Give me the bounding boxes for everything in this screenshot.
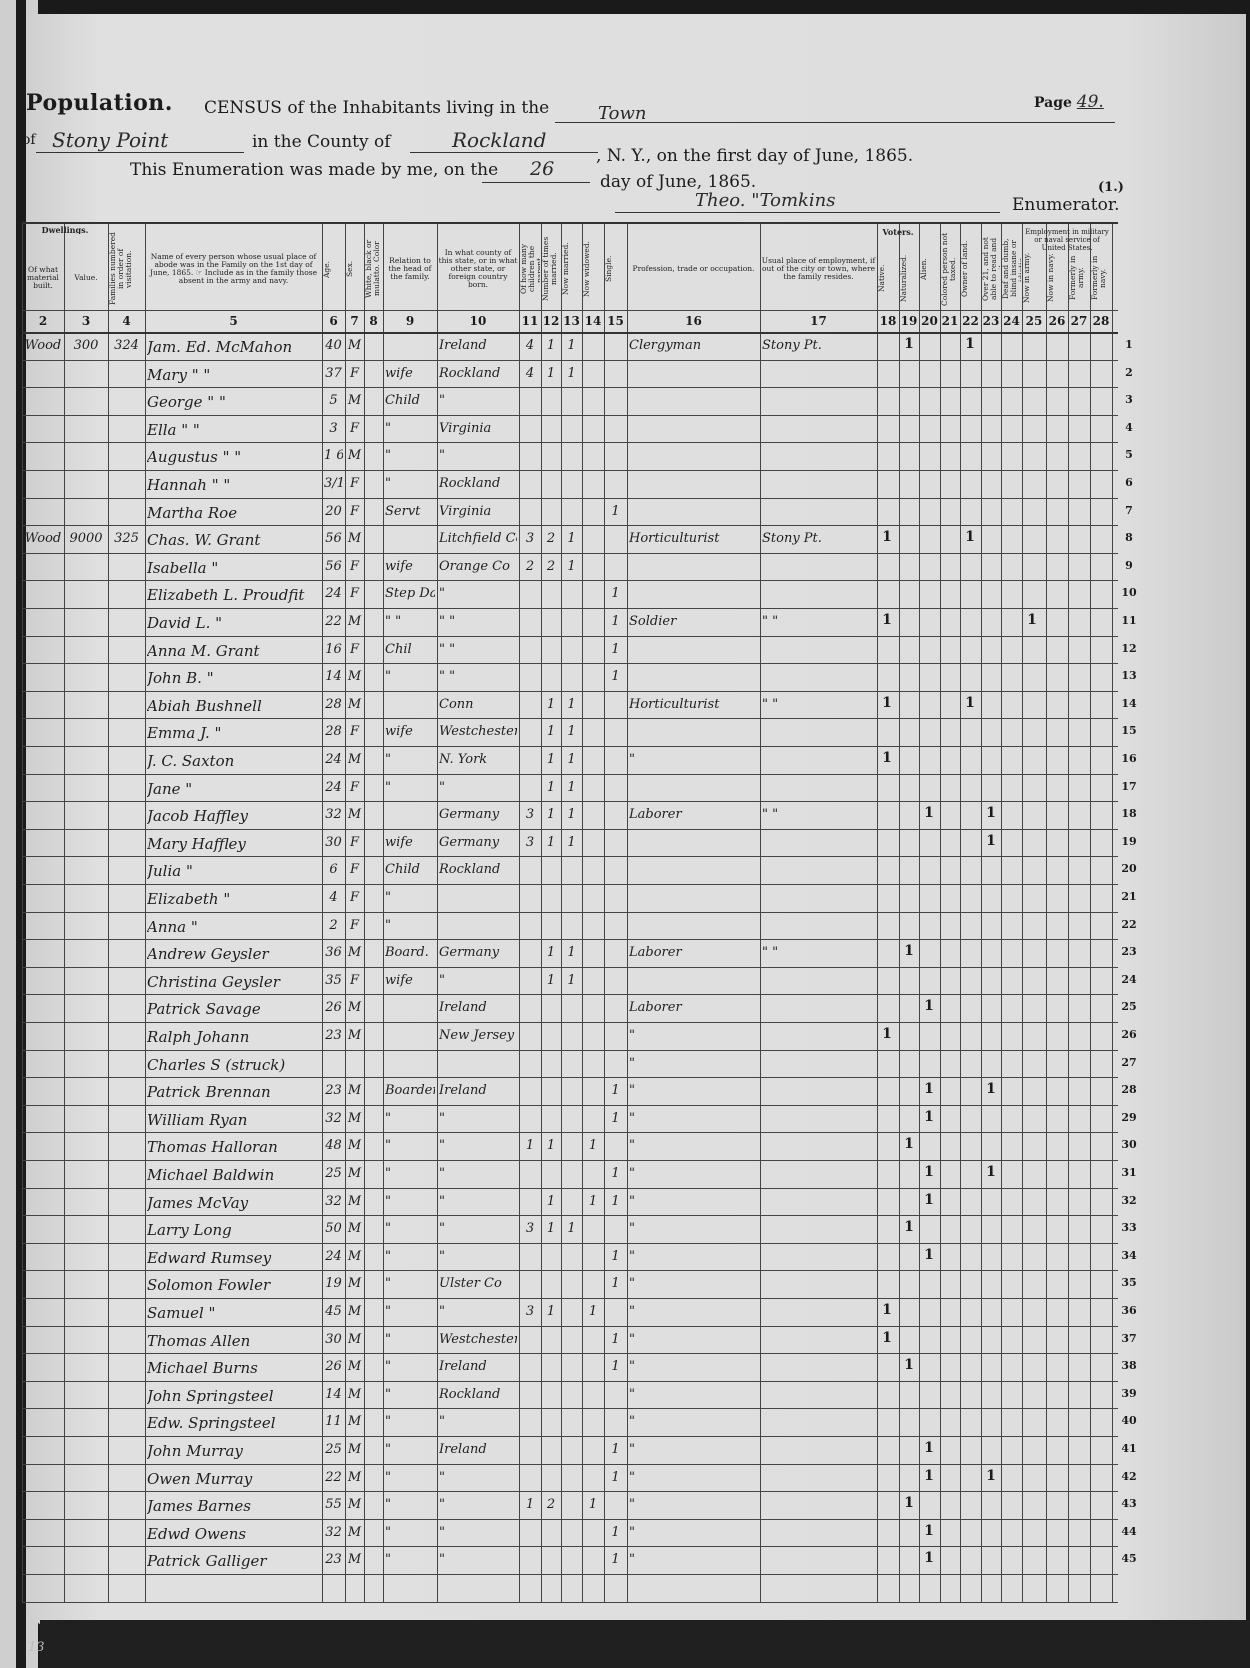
cell-c13: 1 bbox=[563, 531, 580, 546]
cell-occupation: " bbox=[629, 1470, 758, 1485]
column-number-22: 22 bbox=[960, 314, 981, 328]
cell-age: 11 bbox=[324, 1414, 343, 1429]
cell-born: Ireland bbox=[439, 1359, 517, 1374]
line-number: 36 bbox=[1120, 1304, 1138, 1317]
cell-age: 20 bbox=[324, 504, 343, 519]
cell-sex: F bbox=[347, 586, 362, 601]
cell-sex: M bbox=[347, 1304, 362, 1319]
enumeration-day: 26 bbox=[530, 158, 554, 180]
cell-c15: 1 bbox=[606, 1249, 625, 1264]
cell-sex: M bbox=[347, 1194, 362, 1209]
column-header-22: Owner of land. bbox=[961, 232, 980, 306]
cell-c15: 1 bbox=[606, 1083, 625, 1098]
cell-age: 4 bbox=[324, 890, 343, 905]
cell-occupation: " bbox=[629, 1138, 758, 1153]
tally-mark-col-22: 1 bbox=[960, 529, 980, 545]
cell-relation: Boarder bbox=[385, 1083, 435, 1098]
cell-occupation: " bbox=[629, 1442, 758, 1457]
tally-mark-col-20: 1 bbox=[919, 1081, 939, 1097]
column-header-10: In what county of this state, or in what… bbox=[438, 232, 518, 306]
column-number-8: 8 bbox=[364, 314, 383, 328]
column-header-16: Profession, trade or occupation. bbox=[628, 232, 759, 306]
cell-occupation: " bbox=[629, 1414, 758, 1429]
cell-born: Orange Co bbox=[439, 559, 517, 574]
cell-c13: 1 bbox=[563, 559, 580, 574]
cell-sex: M bbox=[347, 1552, 362, 1567]
cell-relation: " bbox=[385, 476, 435, 491]
cell-sex: M bbox=[347, 807, 362, 822]
cell-c15: 1 bbox=[606, 1442, 625, 1457]
cell-born: Germany bbox=[439, 807, 517, 822]
cell-born: " " bbox=[439, 614, 517, 629]
cell-sex: F bbox=[347, 642, 362, 657]
cell-age: 24 bbox=[324, 586, 343, 601]
cell-age: 40 bbox=[324, 338, 343, 353]
cell-c12: 2 bbox=[543, 1497, 559, 1512]
cell-name: Michael Burns bbox=[147, 1359, 320, 1377]
cell-name: William Ryan bbox=[147, 1111, 320, 1129]
cell-relation: " bbox=[385, 1497, 435, 1512]
cell-age: 1 6/12 bbox=[324, 448, 343, 463]
tally-mark-col-23: 1 bbox=[981, 1468, 1001, 1484]
column-number-11: 11 bbox=[519, 314, 541, 328]
cell-occupation: " bbox=[629, 1083, 758, 1098]
cell-name: Julia " bbox=[147, 862, 320, 880]
cell-c13: 1 bbox=[563, 697, 580, 712]
line-number: 19 bbox=[1120, 835, 1138, 848]
cell-family: 325 bbox=[110, 531, 143, 546]
cell-sex: F bbox=[347, 421, 362, 436]
cell-occupation: " bbox=[629, 1111, 758, 1126]
cell-age: 56 bbox=[324, 559, 343, 574]
column-number-13: 13 bbox=[561, 314, 582, 328]
cell-name: Jane " bbox=[147, 780, 320, 798]
of-label: of bbox=[22, 132, 36, 148]
cell-relation: " bbox=[385, 780, 435, 795]
cell-relation: " bbox=[385, 1359, 435, 1374]
column-header-19: Naturalized. bbox=[900, 250, 918, 306]
cell-workplace: " " bbox=[762, 807, 875, 822]
column-header-13: Now married. bbox=[562, 232, 581, 306]
column-header-2: Of what material built. bbox=[23, 250, 63, 306]
cell-name: George " " bbox=[147, 393, 320, 411]
cell-name: James Barnes bbox=[147, 1497, 320, 1515]
cell-name: Patrick Savage bbox=[147, 1000, 320, 1018]
cell-relation: Step Dau bbox=[385, 586, 435, 601]
line-number: 15 bbox=[1120, 724, 1138, 737]
cell-c12: 1 bbox=[543, 835, 559, 850]
line-number: 16 bbox=[1120, 752, 1138, 765]
cell-relation: Chil bbox=[385, 642, 435, 657]
cell-c12: 1 bbox=[543, 697, 559, 712]
column-header-21: Colored person not taxed. bbox=[941, 232, 959, 306]
cell-value: 300 bbox=[66, 338, 106, 353]
tally-mark-col-18: 1 bbox=[877, 1026, 897, 1042]
cell-occupation: " bbox=[629, 1359, 758, 1374]
cell-sex: F bbox=[347, 890, 362, 905]
cell-relation: " bbox=[385, 1414, 435, 1429]
line-number: 44 bbox=[1120, 1525, 1138, 1538]
tally-mark-col-19: 1 bbox=[899, 943, 919, 959]
cell-born: Germany bbox=[439, 945, 517, 960]
cell-born: " bbox=[439, 780, 517, 795]
cell-name: Emma J. " bbox=[147, 724, 320, 742]
cell-sex: M bbox=[347, 1359, 362, 1374]
cell-relation: " bbox=[385, 448, 435, 463]
cell-c13: 1 bbox=[563, 1221, 580, 1236]
cell-born: N. York bbox=[439, 752, 517, 767]
cell-workplace: Stony Pt. bbox=[762, 338, 875, 353]
cell-born: " bbox=[439, 1249, 517, 1264]
cell-name: Edward Rumsey bbox=[147, 1249, 320, 1267]
cell-c11: 2 bbox=[521, 559, 539, 574]
cell-c12: 1 bbox=[543, 1138, 559, 1153]
cell-relation: wife bbox=[385, 724, 435, 739]
tally-mark-col-18: 1 bbox=[877, 1302, 897, 1318]
column-number-18: 18 bbox=[877, 314, 899, 328]
cell-born: " bbox=[439, 1470, 517, 1485]
cell-occupation: " bbox=[629, 1056, 758, 1071]
tally-mark-col-20: 1 bbox=[919, 1192, 939, 1208]
cell-relation: " bbox=[385, 1249, 435, 1264]
column-number-20: 20 bbox=[919, 314, 940, 328]
scan-background bbox=[40, 1620, 1250, 1668]
cell-c11: 4 bbox=[521, 338, 539, 353]
tally-mark-col-22: 1 bbox=[960, 336, 980, 352]
column-header-26: Now in navy. bbox=[1047, 250, 1067, 306]
cell-relation: " bbox=[385, 669, 435, 684]
cell-age: 25 bbox=[324, 1442, 343, 1457]
tally-mark-col-20: 1 bbox=[919, 1164, 939, 1180]
cell-occupation: Laborer bbox=[629, 807, 758, 822]
cell-age: 37 bbox=[324, 366, 343, 381]
line-number: 27 bbox=[1120, 1056, 1138, 1069]
line-number: 21 bbox=[1120, 890, 1138, 903]
line-number: 30 bbox=[1120, 1138, 1138, 1151]
cell-sex: F bbox=[347, 504, 362, 519]
cell-born: Germany bbox=[439, 835, 517, 850]
tally-mark-col-19: 1 bbox=[899, 1495, 919, 1511]
cell-relation: Child bbox=[385, 393, 435, 408]
cell-workplace: " " bbox=[762, 614, 875, 629]
line-number: 45 bbox=[1120, 1552, 1138, 1565]
cell-born: New Jersey bbox=[439, 1028, 517, 1043]
line-number: 1 bbox=[1120, 338, 1138, 351]
line-number: 7 bbox=[1120, 504, 1138, 517]
line-number: 11 bbox=[1120, 614, 1138, 627]
column-header-24: Deaf and dumb, blind insane or idiotic. bbox=[1002, 232, 1021, 306]
cell-age: 3/12 bbox=[324, 476, 343, 491]
line-number: 9 bbox=[1120, 559, 1138, 572]
tally-mark-col-22: 1 bbox=[960, 695, 980, 711]
enumeration-text: This Enumeration was made by me, on the bbox=[130, 160, 498, 180]
cell-sex: M bbox=[347, 1276, 362, 1291]
cell-name: Elizabeth L. Proudfit bbox=[147, 586, 320, 604]
group-dwellings: Dwellings. bbox=[22, 226, 108, 234]
line-number: 34 bbox=[1120, 1249, 1138, 1262]
cell-name: Solomon Fowler bbox=[147, 1276, 320, 1294]
cell-c12: 1 bbox=[543, 973, 559, 988]
cell-age: 3 bbox=[324, 421, 343, 436]
line-number: 2 bbox=[1120, 366, 1138, 379]
line-number: 37 bbox=[1120, 1332, 1138, 1345]
cell-name: Anna " bbox=[147, 918, 320, 936]
cell-name: Patrick Brennan bbox=[147, 1083, 320, 1101]
cell-occupation: " bbox=[629, 1332, 758, 1347]
cell-relation: " bbox=[385, 421, 435, 436]
cell-age: 50 bbox=[324, 1221, 343, 1236]
cell-age: 22 bbox=[324, 1470, 343, 1485]
cell-relation: wife bbox=[385, 366, 435, 381]
cell-sex: M bbox=[347, 1332, 362, 1347]
cell-relation: " bbox=[385, 890, 435, 905]
cell-c11: 1 bbox=[521, 1497, 539, 1512]
cell-age: 23 bbox=[324, 1028, 343, 1043]
cell-family: 324 bbox=[110, 338, 143, 353]
cell-c15: 1 bbox=[606, 1166, 625, 1181]
cell-material: Wood bbox=[24, 531, 62, 546]
tally-mark-col-18: 1 bbox=[877, 695, 897, 711]
column-header-9: Relation to the head of the family. bbox=[384, 232, 436, 306]
page-title: Population. bbox=[26, 90, 173, 116]
cell-name: John Springsteel bbox=[147, 1387, 320, 1405]
cell-c13: 1 bbox=[563, 835, 580, 850]
cell-age: 56 bbox=[324, 531, 343, 546]
column-header-27: Formerly in army. bbox=[1069, 250, 1089, 306]
tally-mark-col-20: 1 bbox=[919, 1550, 939, 1566]
line-number: 6 bbox=[1120, 476, 1138, 489]
cell-c11: 3 bbox=[521, 1304, 539, 1319]
cell-age: 25 bbox=[324, 1166, 343, 1181]
line-number: 32 bbox=[1120, 1194, 1138, 1207]
cell-name: Owen Murray bbox=[147, 1470, 320, 1488]
cell-born: Ulster Co bbox=[439, 1276, 517, 1291]
cell-relation: Child bbox=[385, 862, 435, 877]
cell-relation: " bbox=[385, 1304, 435, 1319]
tally-mark-col-19: 1 bbox=[899, 1219, 919, 1235]
column-number-14: 14 bbox=[582, 314, 604, 328]
cell-relation: " bbox=[385, 1332, 435, 1347]
cell-age: 30 bbox=[324, 1332, 343, 1347]
cell-sex: M bbox=[347, 1470, 362, 1485]
line-number: 17 bbox=[1120, 780, 1138, 793]
cell-age: 32 bbox=[324, 807, 343, 822]
cell-c11: 1 bbox=[521, 1138, 539, 1153]
line-number: 22 bbox=[1120, 918, 1138, 931]
column-number-9: 9 bbox=[383, 314, 437, 328]
column-header-28: Formerly in navy. bbox=[1091, 250, 1111, 306]
column-number-17: 17 bbox=[760, 314, 877, 328]
cell-sex: M bbox=[347, 1414, 362, 1429]
cell-occupation: " bbox=[629, 1387, 758, 1402]
cell-c12: 2 bbox=[543, 531, 559, 546]
cell-relation: " bbox=[385, 1166, 435, 1181]
cell-name: Jacob Haffley bbox=[147, 807, 320, 825]
cell-c13: 1 bbox=[563, 366, 580, 381]
column-number-4: 4 bbox=[108, 314, 145, 328]
cell-name: Martha Roe bbox=[147, 504, 320, 522]
cell-age: 14 bbox=[324, 669, 343, 684]
cell-relation: wife bbox=[385, 559, 435, 574]
cell-name: Edwd Owens bbox=[147, 1525, 320, 1543]
column-header-12: Number of times married. bbox=[542, 232, 560, 306]
cell-age: 24 bbox=[324, 752, 343, 767]
column-header-6: Age. bbox=[323, 232, 344, 306]
cell-c14: 1 bbox=[584, 1194, 602, 1209]
line-number: 39 bbox=[1120, 1387, 1138, 1400]
cell-c12: 1 bbox=[543, 338, 559, 353]
cell-sex: M bbox=[347, 1166, 362, 1181]
cell-occupation: Horticulturist bbox=[629, 697, 758, 712]
column-header-18: Native. bbox=[878, 250, 898, 306]
cell-occupation: " bbox=[629, 1552, 758, 1567]
cell-sex: M bbox=[347, 1525, 362, 1540]
cell-born: " bbox=[439, 448, 517, 463]
cell-born: Ireland bbox=[439, 1442, 517, 1457]
column-number-19: 19 bbox=[899, 314, 919, 328]
tally-mark-col-20: 1 bbox=[919, 1440, 939, 1456]
county-label: in the County of bbox=[252, 132, 391, 152]
cell-age: 24 bbox=[324, 780, 343, 795]
cell-age: 32 bbox=[324, 1525, 343, 1540]
tally-mark-col-23: 1 bbox=[981, 1164, 1001, 1180]
tally-mark-col-19: 1 bbox=[899, 336, 919, 352]
cell-born: " bbox=[439, 1304, 517, 1319]
cell-born: " bbox=[439, 1194, 517, 1209]
line-number: 43 bbox=[1120, 1497, 1138, 1510]
cell-age: 48 bbox=[324, 1138, 343, 1153]
line-number: 18 bbox=[1120, 807, 1138, 820]
cell-c11: 3 bbox=[521, 1221, 539, 1236]
cell-occupation: " bbox=[629, 1304, 758, 1319]
cell-name: Chas. W. Grant bbox=[147, 531, 320, 549]
cell-sex: M bbox=[347, 1221, 362, 1236]
cell-relation: " bbox=[385, 1194, 435, 1209]
tally-mark-col-20: 1 bbox=[919, 998, 939, 1014]
cell-born: Virginia bbox=[439, 504, 517, 519]
cell-c15: 1 bbox=[606, 642, 625, 657]
cell-occupation: " bbox=[629, 1249, 758, 1264]
cell-age: 35 bbox=[324, 973, 343, 988]
cell-age: 26 bbox=[324, 1359, 343, 1374]
cell-c12: 1 bbox=[543, 780, 559, 795]
cell-name: Larry Long bbox=[147, 1221, 320, 1239]
cell-sex: M bbox=[347, 1111, 362, 1126]
column-number-28: 28 bbox=[1090, 314, 1112, 328]
cell-sex: M bbox=[347, 448, 362, 463]
line-number: 12 bbox=[1120, 642, 1138, 655]
tally-mark-col-23: 1 bbox=[981, 833, 1001, 849]
cell-relation: " bbox=[385, 1470, 435, 1485]
cell-sex: F bbox=[347, 835, 362, 850]
cell-c14: 1 bbox=[584, 1497, 602, 1512]
cell-sex: M bbox=[347, 531, 362, 546]
line-number: 35 bbox=[1120, 1276, 1138, 1289]
cell-name: Thomas Allen bbox=[147, 1332, 320, 1350]
cell-occupation: Laborer bbox=[629, 945, 758, 960]
cell-age: 26 bbox=[324, 1000, 343, 1015]
tally-mark-col-20: 1 bbox=[919, 1109, 939, 1125]
cell-name: Mary Haffley bbox=[147, 835, 320, 853]
cell-name: Ralph Johann bbox=[147, 1028, 320, 1046]
cell-relation: wife bbox=[385, 973, 435, 988]
line-number: 40 bbox=[1120, 1414, 1138, 1427]
cell-age: 36 bbox=[324, 945, 343, 960]
cell-age: 6 bbox=[324, 862, 343, 877]
cell-c11: 3 bbox=[521, 531, 539, 546]
cell-name: John Murray bbox=[147, 1442, 320, 1460]
row-divider bbox=[22, 1574, 1118, 1575]
town-name: Stony Point bbox=[52, 128, 168, 152]
tally-mark-col-19: 1 bbox=[899, 1357, 919, 1373]
column-number-26: 26 bbox=[1046, 314, 1068, 328]
column-number-2: 2 bbox=[22, 314, 64, 328]
cell-c13: 1 bbox=[563, 752, 580, 767]
line-number: 5 bbox=[1120, 448, 1138, 461]
cell-material: Wood bbox=[24, 338, 62, 353]
line-number: 3 bbox=[1120, 393, 1138, 406]
cell-sex: M bbox=[347, 1442, 362, 1457]
tally-mark-col-18: 1 bbox=[877, 529, 897, 545]
row-divider bbox=[22, 1602, 1118, 1603]
cell-age: 55 bbox=[324, 1497, 343, 1512]
cell-relation: " bbox=[385, 1525, 435, 1540]
cell-occupation: " bbox=[629, 1221, 758, 1236]
cell-c12: 1 bbox=[543, 1304, 559, 1319]
enumeration-month: day of June, 1865. bbox=[600, 172, 756, 192]
cell-born: Rockland bbox=[439, 476, 517, 491]
cell-occupation: Clergyman bbox=[629, 338, 758, 353]
cell-sex: F bbox=[347, 862, 362, 877]
cell-name: Augustus " " bbox=[147, 448, 320, 466]
cell-c15: 1 bbox=[606, 669, 625, 684]
cell-c15: 1 bbox=[606, 614, 625, 629]
cell-age: 22 bbox=[324, 614, 343, 629]
cell-c13: 1 bbox=[563, 973, 580, 988]
table-top-border bbox=[22, 222, 1118, 224]
cell-sex: M bbox=[347, 1249, 362, 1264]
cell-c13: 1 bbox=[563, 945, 580, 960]
column-header-20: Alien. bbox=[920, 232, 939, 306]
cell-c13: 1 bbox=[563, 780, 580, 795]
cell-born: Rockland bbox=[439, 862, 517, 877]
line-number: 42 bbox=[1120, 1470, 1138, 1483]
cell-c12: 1 bbox=[543, 366, 559, 381]
column-number-3: 3 bbox=[64, 314, 108, 328]
tally-mark-col-20: 1 bbox=[919, 1523, 939, 1539]
tally-mark-col-20: 1 bbox=[919, 1468, 939, 1484]
cell-c15: 1 bbox=[606, 1332, 625, 1347]
cell-c15: 1 bbox=[606, 1359, 625, 1374]
cell-name: Mary " " bbox=[147, 366, 320, 384]
cell-age: 2 bbox=[324, 918, 343, 933]
page-label: Page 49. bbox=[1034, 92, 1104, 112]
line-number: 23 bbox=[1120, 945, 1138, 958]
column-number-16: 16 bbox=[627, 314, 760, 328]
tally-mark-col-20: 1 bbox=[919, 805, 939, 821]
cell-relation: Servt bbox=[385, 504, 435, 519]
cell-age: 24 bbox=[324, 1249, 343, 1264]
cell-born: " " bbox=[439, 642, 517, 657]
cell-born: " bbox=[439, 1138, 517, 1153]
state-date-text: , N. Y., on the first day of June, 1865. bbox=[596, 146, 913, 166]
cell-occupation: Soldier bbox=[629, 614, 758, 629]
cell-born: " " bbox=[439, 669, 517, 684]
cell-name: John B. " bbox=[147, 669, 320, 687]
cell-occupation: " bbox=[629, 1166, 758, 1181]
cell-relation: " bbox=[385, 1387, 435, 1402]
cell-value: 9000 bbox=[66, 531, 106, 546]
